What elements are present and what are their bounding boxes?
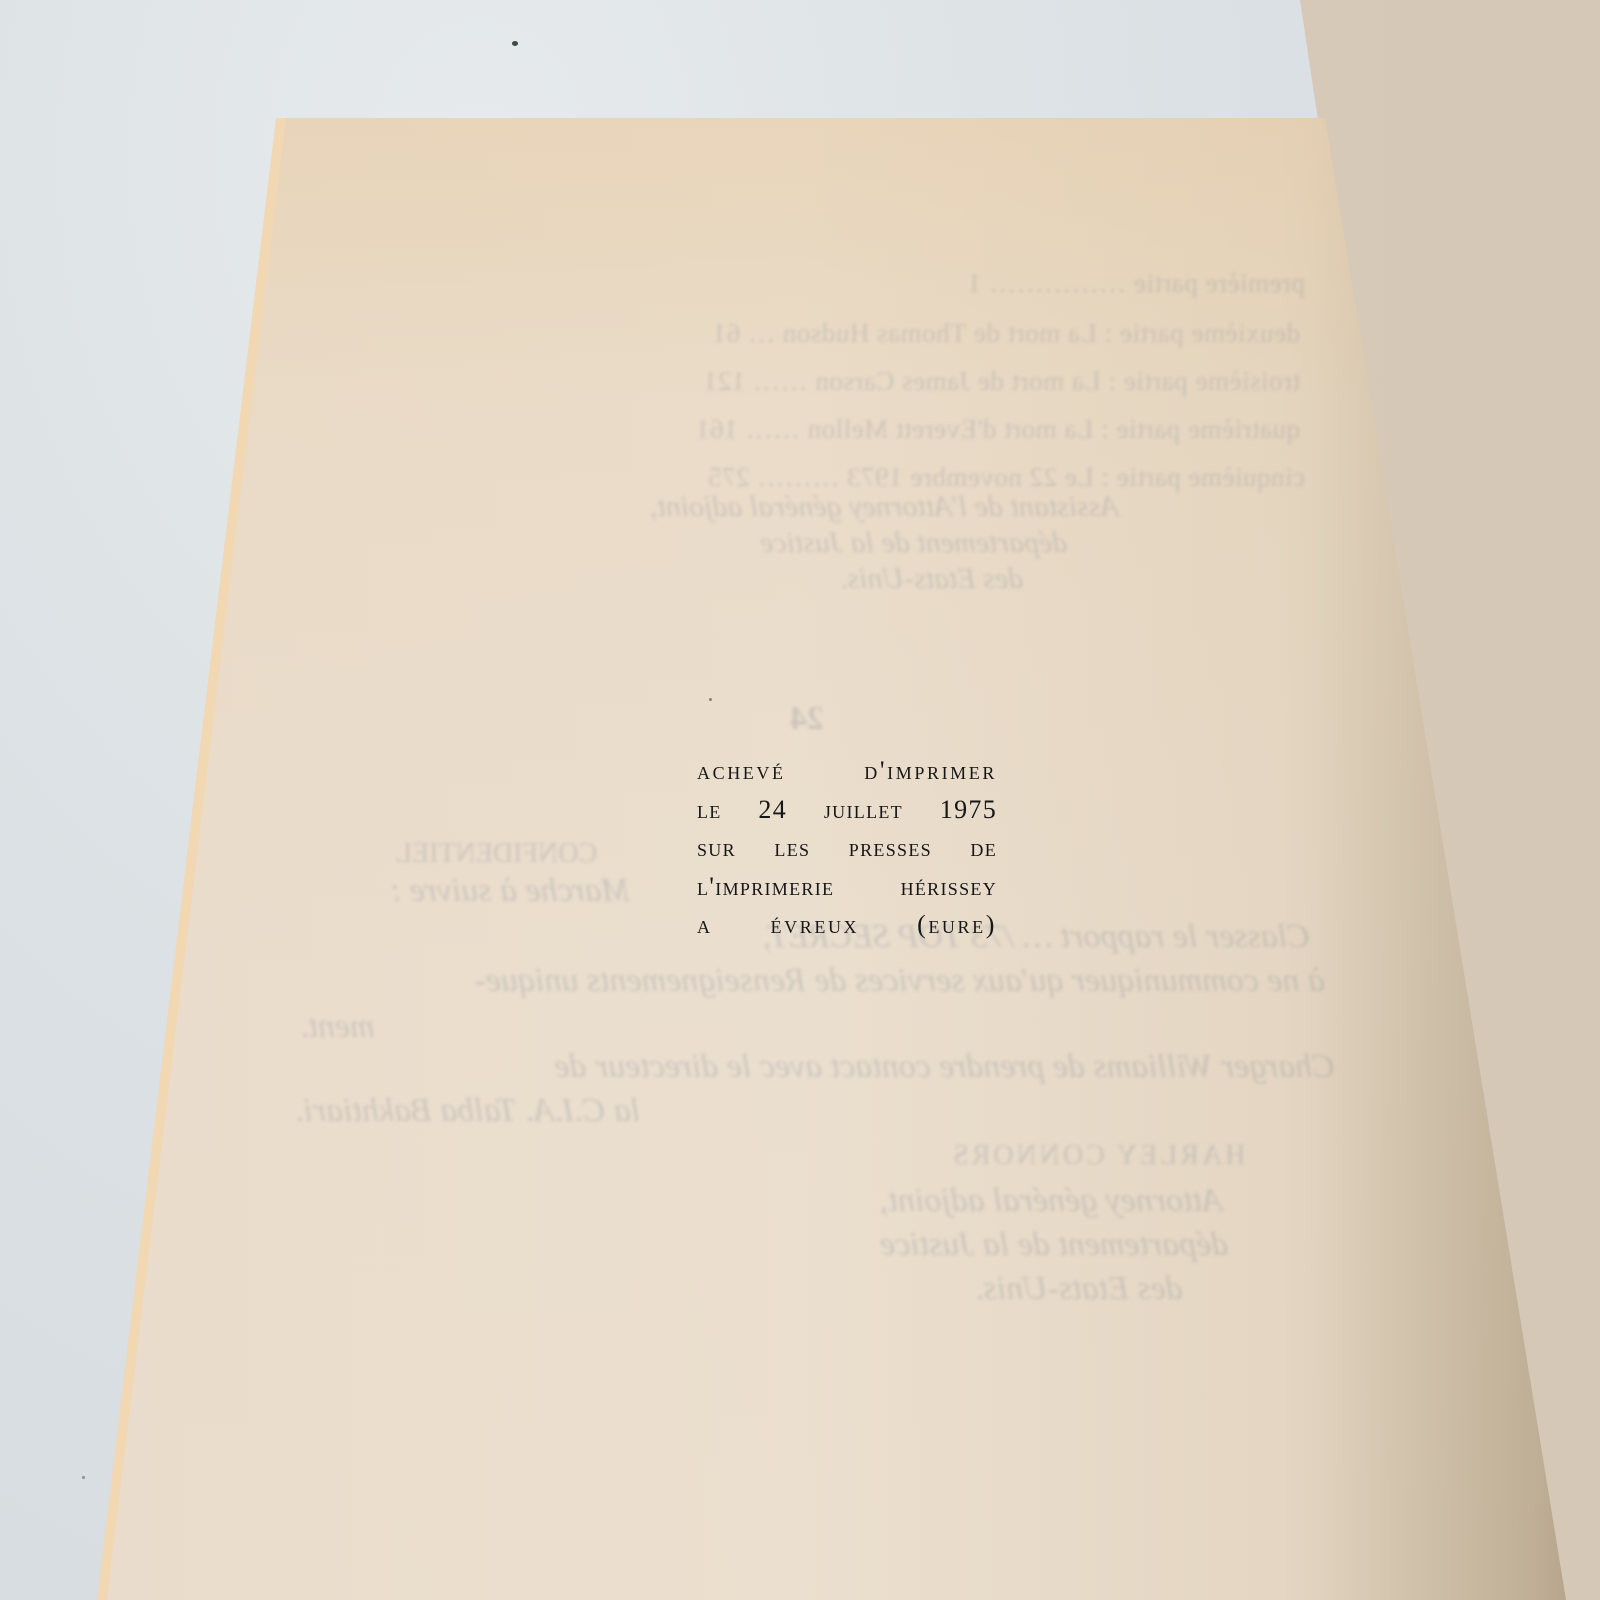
colophon-line-presses: sur les presses de [697,829,997,868]
colophon-line-achieved: achevé d'imprimer [697,752,997,791]
ghost-signature-line: Attorney général adjoint, [880,1182,1223,1220]
ghost-signature-line: département de la Justice [760,526,1067,560]
ghost-toc-line: quatrième partie : La mort d'Everett Mel… [365,414,1300,445]
dust-speck [82,1476,85,1479]
ghost-body-line: Marche à suivre : [390,872,630,910]
colophon-line-date: le 24 juillet 1975 [697,791,997,830]
ghost-signature-line: HARLEY CONNORS [950,1140,1245,1172]
ghost-toc-line: deuxième partie : La mort de Thomas Huds… [380,318,1300,349]
ghost-page-number: 24 [790,700,824,738]
ghost-toc-line: cinquième partie : Le 22 novembre 1973 …… [380,462,1305,493]
ghost-signature-line: des Etats-Unis. [975,1270,1183,1308]
ghost-body-line: la C.I.A. Talba Bakhtiari. [295,1092,640,1130]
ghost-body-line: CONFIDENTIEL [395,838,597,870]
ghost-body-line: ment. [300,1008,375,1046]
ghost-toc-line: troisième partie : La mort de James Cars… [380,366,1300,397]
ghost-signature-line: des Etats-Unis. [840,562,1023,596]
colophon-line-location: a évreux (eure) [697,906,997,945]
ghost-body-line: à ne communiquer qu'aux services de Rens… [305,962,1325,1000]
ghost-body-line: Charger Williams de prendre contact avec… [375,1048,1335,1086]
ink-speck [709,698,712,701]
ghost-toc-line: première partie …………… 1 [375,268,1305,299]
ghost-signature-line: Assistant de l'Attorney général adjoint, [650,490,1119,524]
ghost-signature-line: département de la Justice [880,1226,1228,1264]
colophon: achevé d'imprimer le 24 juillet 1975 sur… [697,752,997,945]
colophon-line-printer: l'imprimerie hérissey [697,868,997,907]
dust-speck [512,41,518,46]
